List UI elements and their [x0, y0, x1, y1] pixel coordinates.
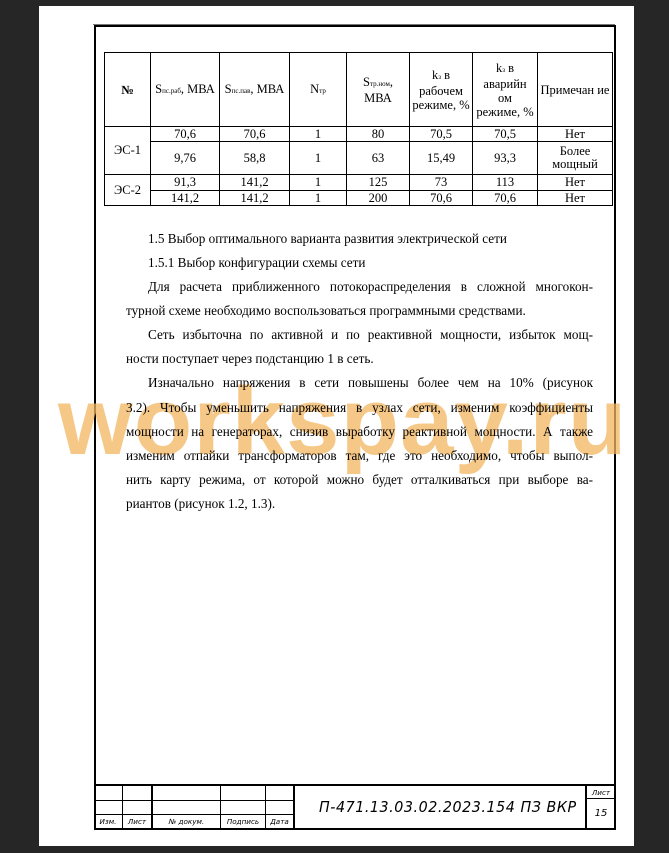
- header-note: Примечан ие: [538, 53, 613, 127]
- cell: 15,49: [410, 142, 473, 175]
- transformer-table: № Sпс.раб, МВА Sпс.пав, МВА Nтр Sтр.ном,…: [104, 52, 613, 206]
- title-block: Изм. Лист № докум. Подпись Дата П-471.13…: [94, 784, 614, 830]
- cell: 93,3: [473, 142, 538, 175]
- sheet-label: Лист: [588, 788, 614, 797]
- table-header-row: № Sпс.раб, МВА Sпс.пав, МВА Nтр Sтр.ном,…: [105, 53, 613, 127]
- label-signature: Подпись: [221, 817, 265, 826]
- paragraph-line: Сеть избыточна по активной и по реактивн…: [148, 327, 593, 343]
- document-code: П-471.13.03.02.2023.154 ПЗ ВКР: [319, 798, 577, 816]
- cell: 9,76: [151, 142, 220, 175]
- paragraph-line: 3.2). Чтобы уменьшить напряжения в узлах…: [126, 400, 593, 416]
- label-doc-number: № докум.: [153, 817, 220, 826]
- label-date: Дата: [266, 817, 293, 826]
- cell: 70,6: [473, 191, 538, 206]
- paragraph-line: Для расчета приближенного потокораспреде…: [148, 279, 593, 295]
- paragraph-line: ности поступает через подстанцию 1 в сет…: [126, 351, 374, 367]
- cell: 73: [410, 175, 473, 191]
- paragraph-line: мощности на генераторах, снизив выработк…: [126, 424, 593, 440]
- cell: Нет: [538, 175, 613, 191]
- cell: 58,8: [220, 142, 290, 175]
- paragraph-line: риантов (рисунок 1.2, 1.3).: [126, 496, 275, 512]
- header-s-nom: Sтр.ном, МВА: [347, 53, 410, 127]
- header-s-emerg: Sпс.пав, МВА: [220, 53, 290, 127]
- cell: 70,5: [410, 127, 473, 142]
- cell: 141,2: [220, 175, 290, 191]
- sheet-number: 15: [588, 808, 614, 819]
- header-num: №: [105, 53, 151, 127]
- cell: 91,3: [151, 175, 220, 191]
- table-row: 9,76 58,8 1 63 15,49 93,3 Более мощный: [105, 142, 613, 175]
- paragraph-line: нить карту режима, от которой можно буде…: [126, 472, 593, 488]
- cell: 1: [290, 191, 347, 206]
- cell: Нет: [538, 127, 613, 142]
- table-row: ЭС-1 70,6 70,6 1 80 70,5 70,5 Нет: [105, 127, 613, 142]
- cell: 80: [347, 127, 410, 142]
- cell: Нет: [538, 191, 613, 206]
- cell: 70,6: [151, 127, 220, 142]
- cell: 70,6: [410, 191, 473, 206]
- header-k-work: kз в рабочем режиме, %: [410, 53, 473, 127]
- header-n-tr: Nтр: [290, 53, 347, 127]
- cell: 1: [290, 142, 347, 175]
- cell: 200: [347, 191, 410, 206]
- cell: 1: [290, 127, 347, 142]
- cell: 125: [347, 175, 410, 191]
- cell: 70,5: [473, 127, 538, 142]
- cell: 70,6: [220, 127, 290, 142]
- paragraph-line: изменим отпайки трансформаторов там, где…: [126, 448, 593, 464]
- label-change: Изм.: [94, 817, 122, 826]
- subsection-heading: 1.5.1 Выбор конфигурации схемы сети: [148, 255, 365, 271]
- paragraph-line: турной схеме необходимо воспользоваться …: [126, 303, 526, 319]
- group-label: ЭС-1: [105, 127, 151, 175]
- header-k-emerg: kз в аварийн ом режиме, %: [473, 53, 538, 127]
- group-label: ЭС-2: [105, 175, 151, 206]
- header-s-work: Sпс.раб, МВА: [151, 53, 220, 127]
- cell: 141,2: [220, 191, 290, 206]
- cell: 63: [347, 142, 410, 175]
- cell: Более мощный: [538, 142, 613, 175]
- table-row: ЭС-2 91,3 141,2 1 125 73 113 Нет: [105, 175, 613, 191]
- section-heading: 1.5 Выбор оптимального варианта развития…: [148, 231, 507, 247]
- cell: 141,2: [151, 191, 220, 206]
- cell: 113: [473, 175, 538, 191]
- cell: 1: [290, 175, 347, 191]
- label-sheet: Лист: [123, 817, 151, 826]
- table-row: 141,2 141,2 1 200 70,6 70,6 Нет: [105, 191, 613, 206]
- paragraph-line: Изначально напряжения в сети повышены бо…: [148, 375, 593, 391]
